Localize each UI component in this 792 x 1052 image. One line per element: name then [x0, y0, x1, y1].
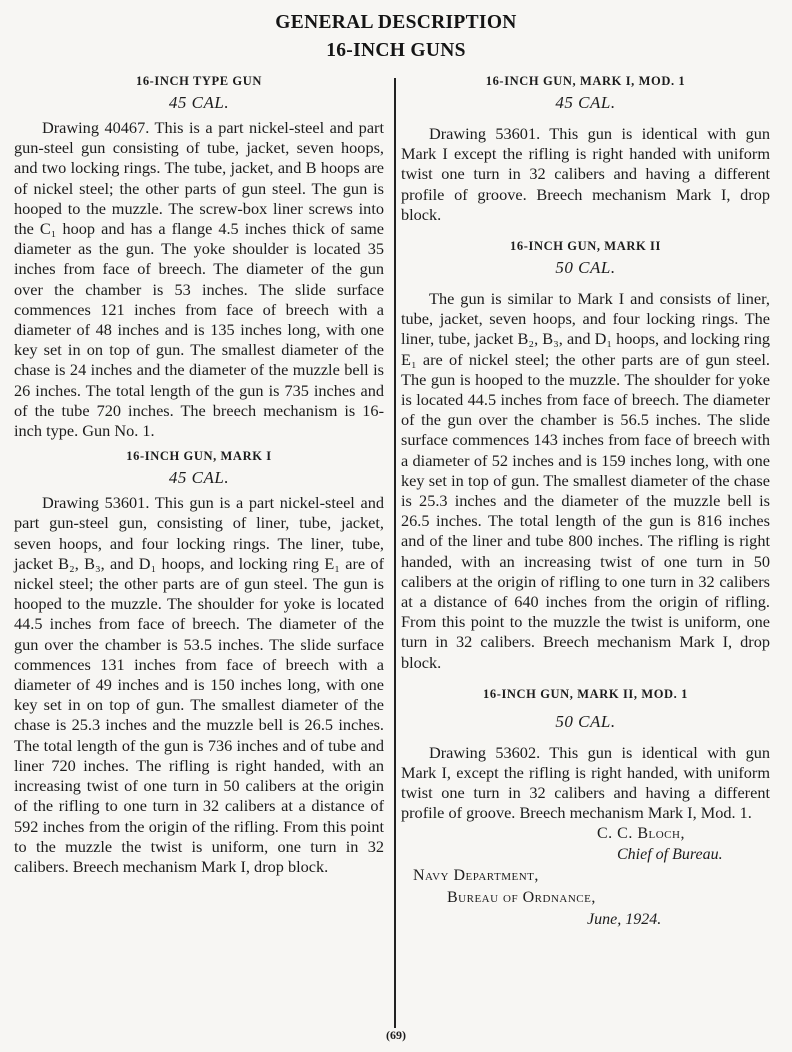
- section-mark-ii: 16-INCH GUN, MARK II 50 CAL. The gun is …: [401, 237, 770, 673]
- section-body: Drawing 40467. This is a part nickel-ste…: [14, 118, 384, 441]
- left-column: 16-INCH TYPE GUN 45 CAL. Drawing 40467. …: [14, 72, 384, 877]
- section-caliber: 45 CAL.: [14, 92, 384, 114]
- section-body: The gun is similar to Mark I and consist…: [401, 289, 770, 673]
- section-caliber: 45 CAL.: [14, 467, 384, 489]
- page-title: GENERAL DESCRIPTION: [0, 12, 792, 34]
- section-mark-ii-mod-1: 16-INCH GUN, MARK II, MOD. 1 50 CAL. Dra…: [401, 685, 770, 824]
- section-heading: 16-INCH GUN, MARK II, MOD. 1: [401, 685, 770, 703]
- section-heading: 16-INCH TYPE GUN: [14, 72, 384, 90]
- section-body: Drawing 53601. This gun is identical wit…: [401, 124, 770, 225]
- section-body: Drawing 53601. This gun is a part nickel…: [14, 493, 384, 877]
- section-heading: 16-INCH GUN, MARK I, MOD. 1: [401, 72, 770, 90]
- section-heading: 16-INCH GUN, MARK II: [401, 237, 770, 255]
- right-column: 16-INCH GUN, MARK I, MOD. 1 45 CAL. Draw…: [401, 72, 770, 944]
- page-number: (69): [0, 1028, 792, 1043]
- section-caliber: 50 CAL.: [401, 257, 770, 279]
- section-caliber: 45 CAL.: [401, 92, 770, 114]
- bureau-name: Bureau of Ordnance,: [447, 888, 596, 908]
- section-heading: 16-INCH GUN, MARK I: [14, 447, 384, 465]
- section-mark-i: 16-INCH GUN, MARK I 45 CAL. Drawing 5360…: [14, 447, 384, 877]
- section-caliber: 50 CAL.: [401, 711, 770, 733]
- signatory-title: Chief of Bureau.: [617, 845, 723, 865]
- section-16-inch-type-gun: 16-INCH TYPE GUN 45 CAL. Drawing 40467. …: [14, 72, 384, 441]
- document-date: June, 1924.: [587, 910, 661, 930]
- section-body: Drawing 53602. This gun is identical wit…: [401, 743, 770, 824]
- signature-block: C. C. Bloch, Chief of Bureau. Navy Depar…: [401, 824, 770, 944]
- page-subtitle: 16-INCH GUNS: [0, 40, 792, 62]
- section-mark-i-mod-1: 16-INCH GUN, MARK I, MOD. 1 45 CAL. Draw…: [401, 72, 770, 225]
- department-name: Navy Department,: [413, 866, 539, 886]
- column-divider: [394, 78, 396, 1028]
- signatory-name: C. C. Bloch,: [597, 824, 685, 844]
